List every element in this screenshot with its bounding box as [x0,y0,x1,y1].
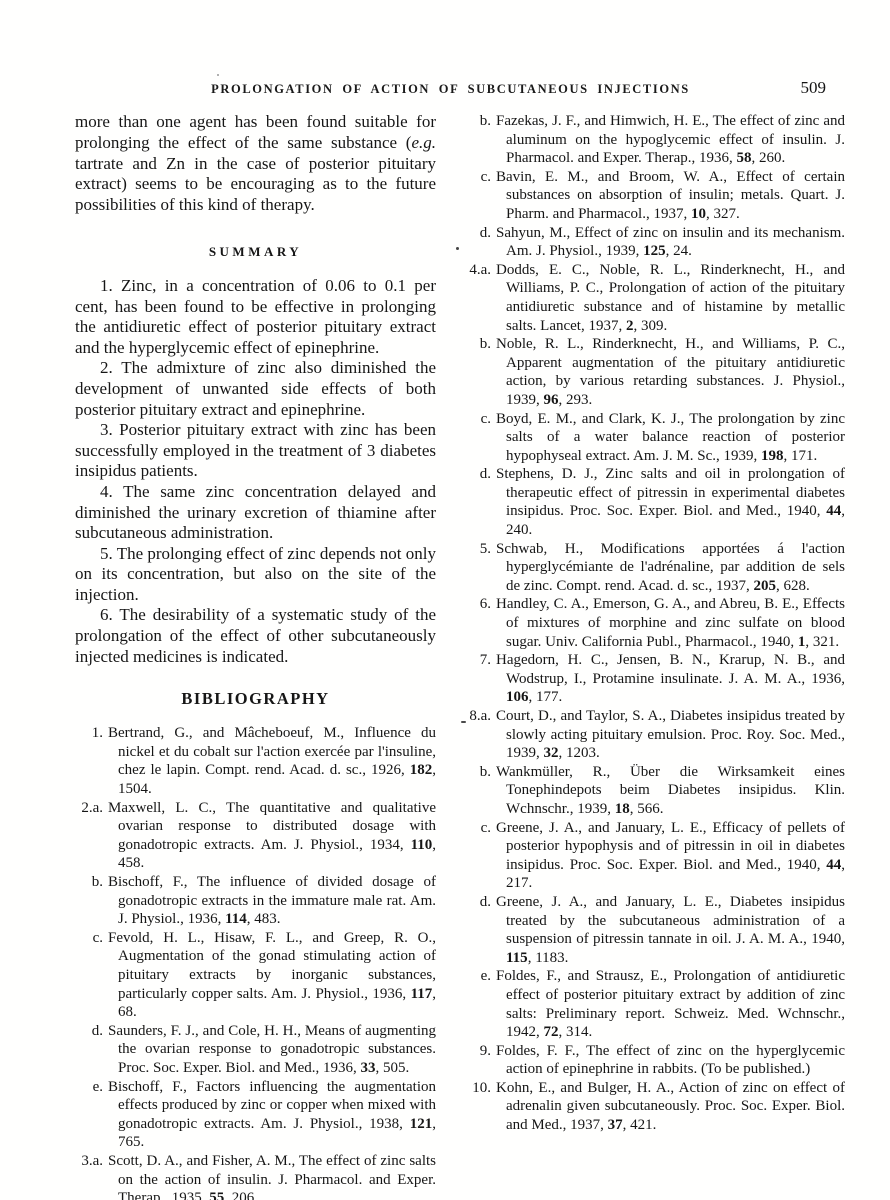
reference-label: c. [75,929,108,1022]
reference-text: Maxwell, L. C., The quantitative and qua… [108,799,436,873]
reference-label: 3.a. [75,1152,108,1200]
reference-text: Hagedorn, H. C., Jensen, B. N., Krarup, … [496,651,845,707]
reference-text: Saunders, F. J., and Cole, H. H., Means … [108,1022,436,1078]
reference-label: b. [463,763,496,819]
reference-label: 10. [463,1079,496,1135]
reference-item: 5. Schwab, H., Modifications apportées á… [463,540,845,596]
scan-artifact-dot [217,74,219,76]
reference-item: d. Stephens, D. J., Zinc salts and oil i… [463,465,845,539]
reference-text: Handley, C. A., Emerson, G. A., and Abre… [496,595,845,651]
reference-label: 4.a. [463,261,496,335]
reference-text: Greene, J. A., and January, L. E., Effic… [496,819,845,893]
summary-item: 2. The admixture of zinc also diminished… [75,358,436,420]
reference-item: c. Fevold, H. L., Hisaw, F. L., and Gree… [75,929,436,1022]
left-column: more than one agent has been found suita… [75,112,436,1200]
right-column: b. Fazekas, J. F., and Himwich, H. E., T… [463,112,845,1200]
reference-label: e. [75,1078,108,1152]
intro-paragraph: more than one agent has been found suita… [75,112,436,216]
page-number: 509 [801,78,827,98]
reference-text: Stephens, D. J., Zinc salts and oil in p… [496,465,845,539]
reference-label: c. [463,819,496,893]
bibliography-list-right: b. Fazekas, J. F., and Himwich, H. E., T… [463,112,845,1135]
summary-heading: SUMMARY [75,244,436,260]
reference-text: Foldes, F., and Strausz, E., Prolongatio… [496,967,845,1041]
reference-item: b. Fazekas, J. F., and Himwich, H. E., T… [463,112,845,168]
reference-text: Dodds, E. C., Noble, R. L., Rinderknecht… [496,261,845,335]
reference-text: Noble, R. L., Rinderknecht, H., and Will… [496,335,845,409]
summary-item: 5. The prolonging effect of zinc depends… [75,544,436,606]
reference-label: c. [463,168,496,224]
reference-item: e. Foldes, F., and Strausz, E., Prolonga… [463,967,845,1041]
reference-label: d. [463,224,496,261]
reference-item: c. Boyd, E. M., and Clark, K. J., The pr… [463,410,845,466]
bibliography-heading: BIBLIOGRAPHY [75,689,436,709]
reference-label: c. [463,410,496,466]
reference-label: 2.a. [75,799,108,873]
reference-label: 9. [463,1042,496,1079]
reference-label: d. [75,1022,108,1078]
reference-text: Bischoff, F., The influence of divided d… [108,873,436,929]
reference-label: 1. [75,724,108,798]
summary-list: 1. Zinc, in a concentration of 0.06 to 0… [75,276,436,667]
two-column-layout: more than one agent has been found suita… [75,112,845,1200]
running-title: PROLONGATION OF ACTION OF SUBCUTANEOUS I… [75,82,826,97]
reference-item: b. Wankmüller, R., Über die Wirksamkeit … [463,763,845,819]
reference-item: 6. Handley, C. A., Emerson, G. A., and A… [463,595,845,651]
reference-text: Bavin, E. M., and Broom, W. A., Effect o… [496,168,845,224]
reference-item: 3.a. Scott, D. A., and Fisher, A. M., Th… [75,1152,436,1200]
reference-text: Greene, J. A., and January, L. E., Diabe… [496,893,845,967]
reference-text: Kohn, E., and Bulger, H. A., Action of z… [496,1079,845,1135]
reference-item: 10. Kohn, E., and Bulger, H. A., Action … [463,1079,845,1135]
summary-item: 3. Posterior pituitary extract with zinc… [75,420,436,482]
reference-item: c. Bavin, E. M., and Broom, W. A., Effec… [463,168,845,224]
reference-text: Foldes, F. F., The effect of zinc on the… [496,1042,845,1079]
reference-label: 6. [463,595,496,651]
reference-item: c. Greene, J. A., and January, L. E., Ef… [463,819,845,893]
reference-text: Court, D., and Taylor, S. A., Diabetes i… [496,707,845,763]
reference-item: b. Bischoff, F., The influence of divide… [75,873,436,929]
reference-label: d. [463,465,496,539]
reference-item: b. Noble, R. L., Rinderknecht, H., and W… [463,335,845,409]
reference-label: 5. [463,540,496,596]
reference-item: 8.a. Court, D., and Taylor, S. A., Diabe… [463,707,845,763]
reference-text: Fazekas, J. F., and Himwich, H. E., The … [496,112,845,168]
reference-label: e. [463,967,496,1041]
summary-item: 1. Zinc, in a concentration of 0.06 to 0… [75,276,436,358]
reference-text: Bertrand, G., and Mâcheboeuf, M., Influe… [108,724,436,798]
reference-text: Schwab, H., Modifications apportées á l'… [496,540,845,596]
summary-item: 4. The same zinc concentration delayed a… [75,482,436,544]
reference-item: 1. Bertrand, G., and Mâcheboeuf, M., Inf… [75,724,436,798]
reference-text: Fevold, H. L., Hisaw, F. L., and Greep, … [108,929,436,1022]
reference-label: b. [463,112,496,168]
summary-item: 6. The desirability of a systematic stud… [75,605,436,667]
reference-label: b. [75,873,108,929]
reference-item: 4.a. Dodds, E. C., Noble, R. L., Rinderk… [463,261,845,335]
reference-text: Scott, D. A., and Fisher, A. M., The eff… [108,1152,436,1200]
reference-item: d. Sahyun, M., Effect of zinc on insulin… [463,224,845,261]
reference-item: 2.a. Maxwell, L. C., The quantitative an… [75,799,436,873]
reference-text: Sahyun, M., Effect of zinc on insulin an… [496,224,845,261]
reference-label: d. [463,893,496,967]
reference-label: 7. [463,651,496,707]
reference-text: Bischoff, F., Factors influencing the au… [108,1078,436,1152]
running-head: PROLONGATION OF ACTION OF SUBCUTANEOUS I… [75,82,826,104]
reference-text: Boyd, E. M., and Clark, K. J., The prolo… [496,410,845,466]
reference-item: d. Saunders, F. J., and Cole, H. H., Mea… [75,1022,436,1078]
reference-item: d. Greene, J. A., and January, L. E., Di… [463,893,845,967]
reference-label: 8.a. [463,707,496,763]
bibliography-list-left: 1. Bertrand, G., and Mâcheboeuf, M., Inf… [75,724,436,1200]
reference-item: 7. Hagedorn, H. C., Jensen, B. N., Kraru… [463,651,845,707]
reference-label: b. [463,335,496,409]
reference-item: e. Bischoff, F., Factors influencing the… [75,1078,436,1152]
journal-page-scan: PROLONGATION OF ACTION OF SUBCUTANEOUS I… [0,0,890,1200]
reference-item: 9. Foldes, F. F., The effect of zinc on … [463,1042,845,1079]
reference-text: Wankmüller, R., Über die Wirksamkeit ein… [496,763,845,819]
